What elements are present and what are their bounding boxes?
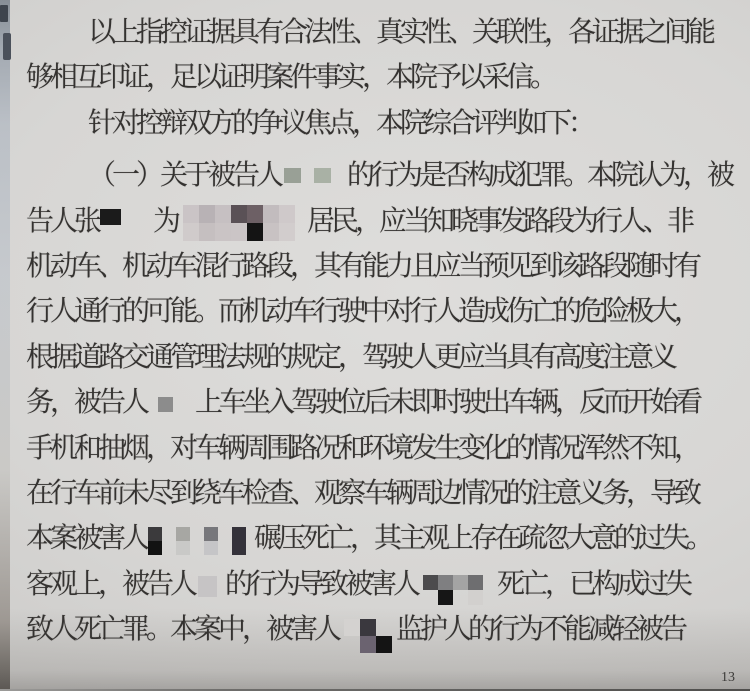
redaction-block-victim_name_1 xyxy=(148,527,246,555)
document-lines: 以上指控证据具有合法性、真实性、关联性，各证据之间能够相互印证，足以证明案件事实… xyxy=(26,10,732,652)
page-edge-mark xyxy=(3,33,11,60)
text-line: 行人通行的可能。而机动车行驶中对行人造成伤亡的危险极大， xyxy=(26,289,732,334)
line-text: 手机和抽烟，对车辆周围路况和环境发生变化的情况浑然不知， xyxy=(26,433,698,464)
redaction-block-victim_name_2 xyxy=(423,575,483,605)
line-text: 够相互印证，足以证明案件事实，本院予以采信。 xyxy=(26,62,554,93)
line-text: 告人张 xyxy=(26,206,98,237)
redaction-block-address xyxy=(183,205,295,241)
line-text: 本案被害人 xyxy=(26,523,146,554)
text-line: 根据道路交通管理法规的规定，驾驶人更应当具有高度注意义 xyxy=(26,335,732,380)
line-text: 监护人的行为不能减轻被告 xyxy=(396,614,684,645)
line-text: 客观上，被告人 xyxy=(26,569,194,600)
line-text: 行人通行的可能。而机动车行驶中对行人造成伤亡的危险极大， xyxy=(26,296,698,327)
text-line: 客观上，被告人的行为导致被害人死亡，已构成过失 xyxy=(26,562,732,607)
redaction-block-defendant_name_3 xyxy=(198,576,217,597)
line-text: 为 xyxy=(153,206,177,237)
page-edge-shadow xyxy=(0,0,10,691)
redaction-block-zhang_given_name xyxy=(100,209,121,225)
redaction-block-defendant_name_2 xyxy=(158,397,173,412)
text-line: （一）关于被告人的行为是否构成犯罪。本院认为，被 xyxy=(26,153,732,198)
page-number: 13 xyxy=(721,670,735,686)
text-line: 告人张为居民，应当知晓事发路段为行人、非 xyxy=(26,199,732,244)
text-line: 机动车、机动车混行路段，其有能力且应当预见到该路段随时有 xyxy=(26,244,732,289)
line-text: 根据道路交通管理法规的规定，驾驶人更应当具有高度注意义 xyxy=(26,342,674,373)
document-page: 以上指控证据具有合法性、真实性、关联性，各证据之间能够相互印证，足以证明案件事实… xyxy=(0,0,750,691)
text-line: 务，被告人上车坐入驾驶位后未即时驶出车辆，反而开始看 xyxy=(26,380,732,425)
text-line: 在行车前未尽到绕车检查、观察车辆周边情况的注意义务，导致 xyxy=(26,471,732,516)
line-text: 上车坐入驾驶位后未即时驶出车辆，反而开始看 xyxy=(195,387,699,418)
line-text: 死亡，已构成过失 xyxy=(497,569,689,600)
line-text: 的行为是否构成犯罪。本院认为，被 xyxy=(347,160,731,191)
page-edge-mark xyxy=(0,5,8,22)
text-line: 够相互印证，足以证明案件事实，本院予以采信。 xyxy=(26,55,732,100)
text-line: 手机和抽烟，对车辆周围路况和环境发生变化的情况浑然不知， xyxy=(26,426,732,471)
text-line: 致人死亡罪。本案中，被害人监护人的行为不能减轻被告 xyxy=(26,607,732,652)
line-text: 以上指控证据具有合法性、真实性、关联性，各证据之间能 xyxy=(88,17,712,48)
line-text: 在行车前未尽到绕车检查、观察车辆周边情况的注意义务，导致 xyxy=(26,478,698,509)
line-text: （一）关于被告人 xyxy=(88,160,280,191)
redaction-block-defendant_name_1 xyxy=(284,168,331,183)
text-line: 本案被害人碾压死亡，其主观上存在疏忽大意的过失。 xyxy=(26,516,732,561)
line-text: 致人死亡罪。本案中，被害人 xyxy=(26,614,338,645)
text-line: 以上指控证据具有合法性、真实性、关联性，各证据之间能 xyxy=(26,10,732,55)
line-text: 机动车、机动车混行路段，其有能力且应当预见到该路段随时有 xyxy=(26,251,698,282)
redaction-block-victim_name_3 xyxy=(344,619,392,653)
text-line: 针对控辩双方的争议焦点，本院综合评判如下： xyxy=(26,101,732,146)
line-text: 针对控辩双方的争议焦点，本院综合评判如下： xyxy=(88,108,592,139)
line-text: 的行为导致被害人 xyxy=(225,569,417,600)
line-text: 务，被告人 xyxy=(26,387,146,418)
line-text: 居民，应当知晓事发路段为行人、非 xyxy=(307,206,691,237)
line-text: 碾压死亡，其主观上存在疏忽大意的过失。 xyxy=(254,523,710,554)
